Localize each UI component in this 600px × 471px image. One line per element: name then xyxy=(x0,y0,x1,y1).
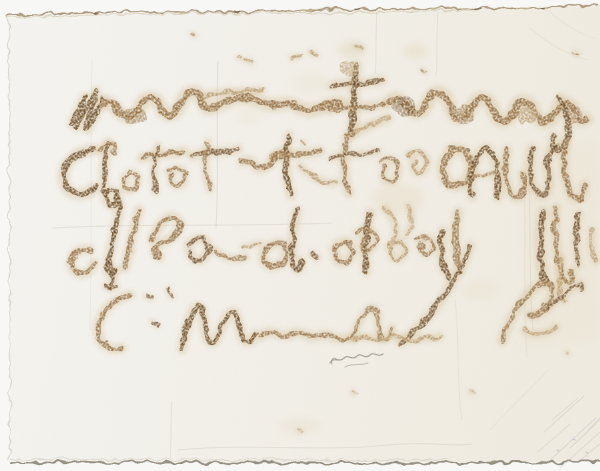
paper-stain xyxy=(462,280,498,300)
paper-stain xyxy=(290,71,330,95)
ink-stroke xyxy=(474,174,496,176)
artwork-photo xyxy=(0,0,600,471)
paper-stain xyxy=(403,44,427,58)
paper-stain xyxy=(372,183,424,215)
ink-stroke xyxy=(352,66,356,134)
paper-edge xyxy=(12,462,599,463)
paper-stain xyxy=(236,107,264,125)
paper-texture xyxy=(0,0,600,471)
artwork-canvas xyxy=(0,0,600,471)
ink-stroke xyxy=(581,283,583,289)
